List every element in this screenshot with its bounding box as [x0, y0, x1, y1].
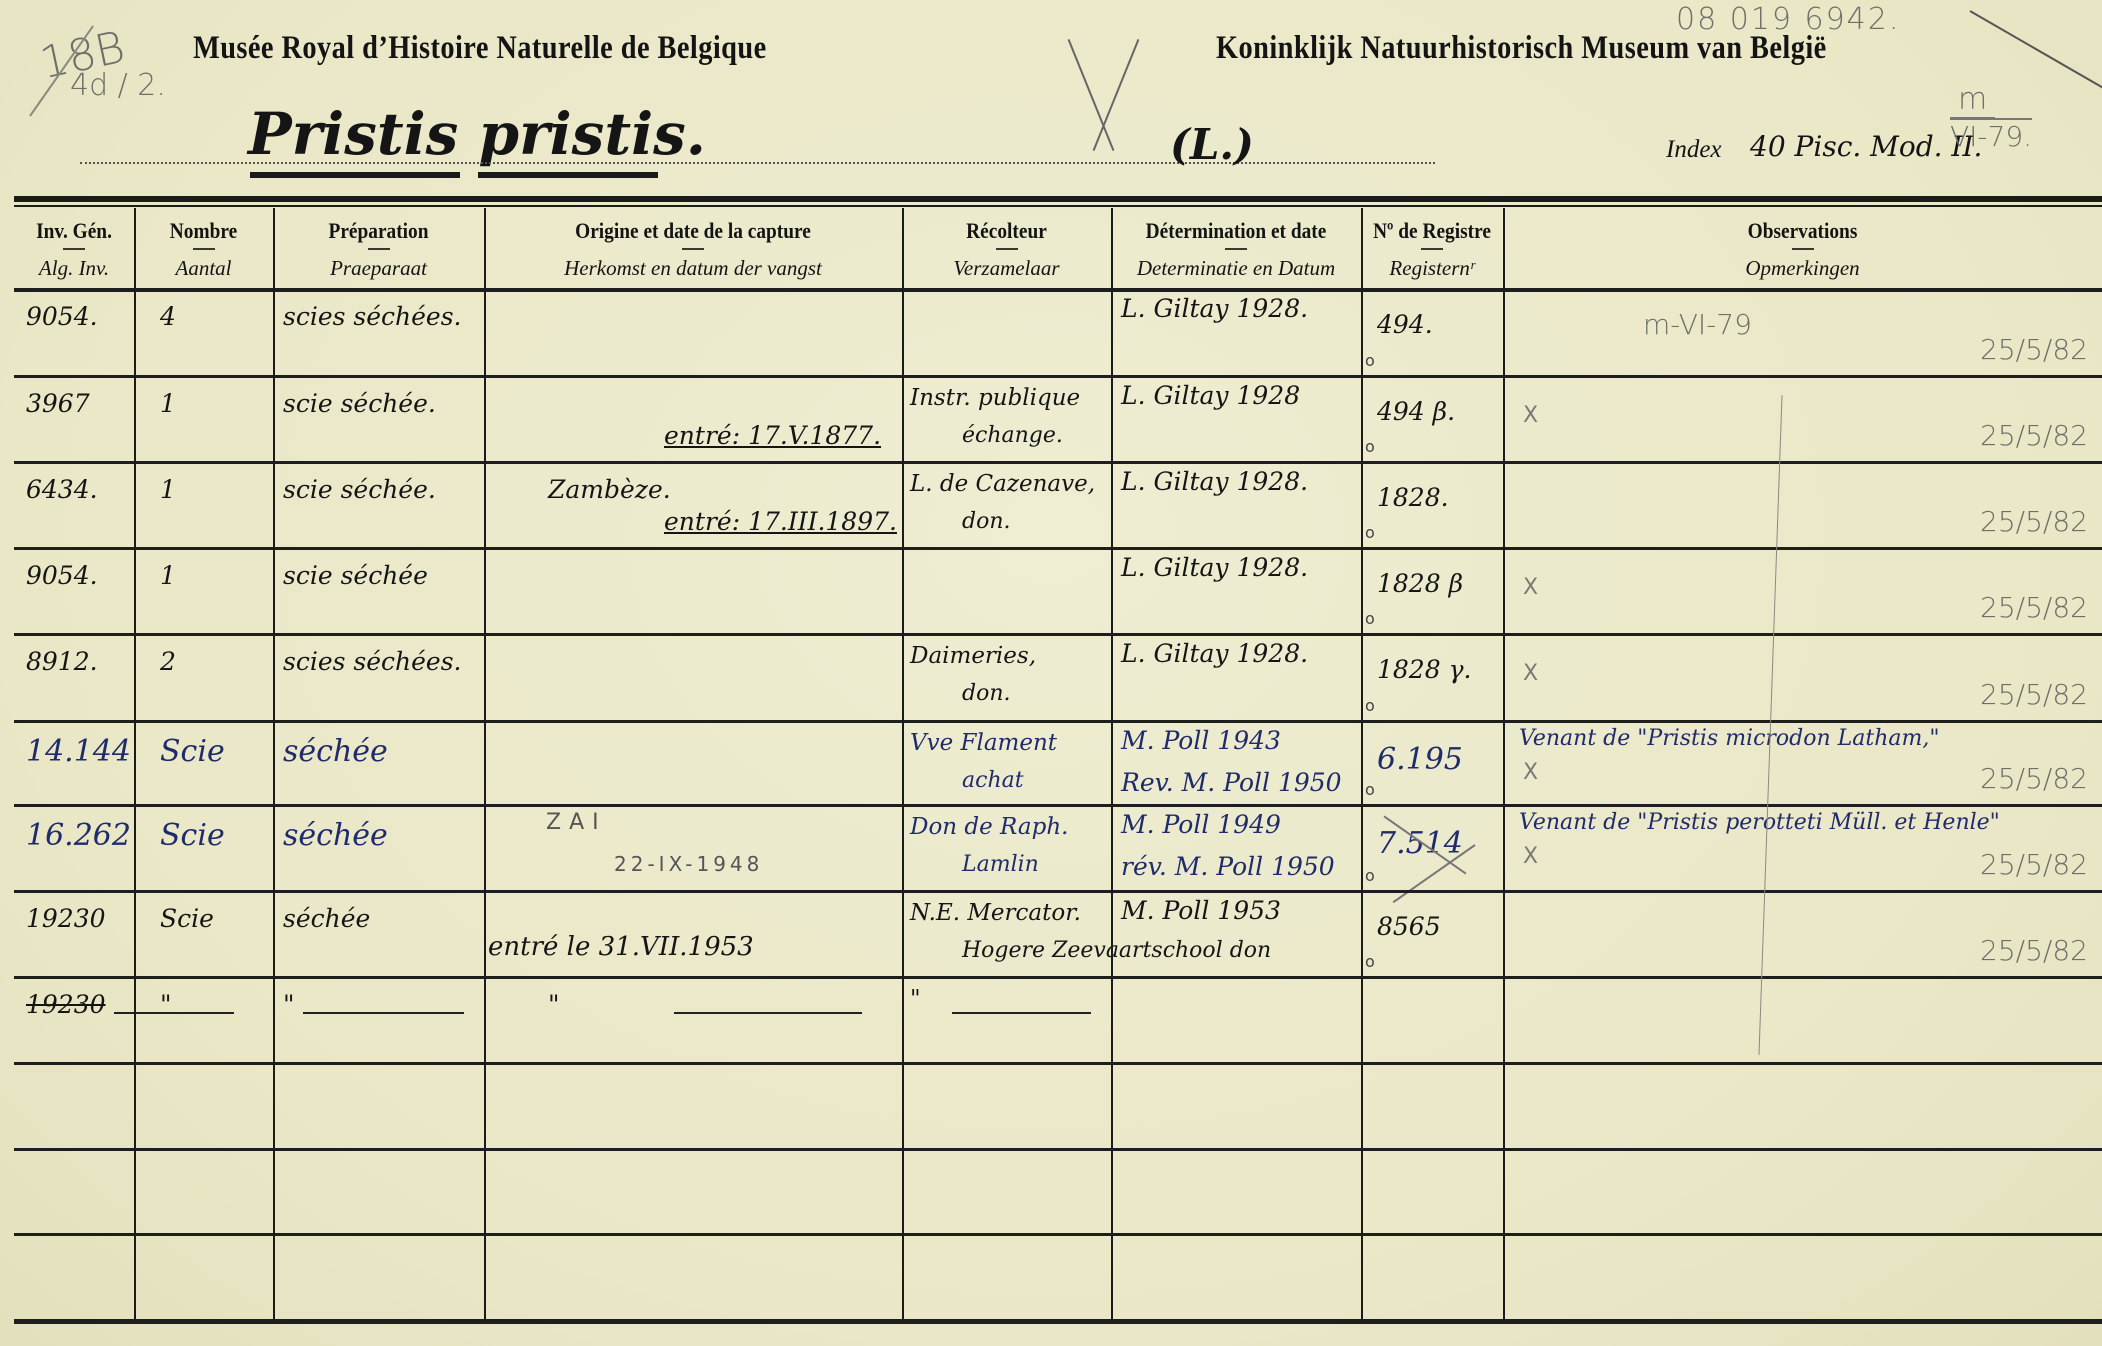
table-row: 9054.1scie séchéeL. Giltay 1928.1828 βoX…: [0, 547, 2102, 633]
observation-note: Venant de "Pristis perotteti Müll. et He…: [1519, 810, 2000, 835]
collector: Instr. publique: [910, 385, 1080, 411]
preparation: scie séchée: [283, 561, 428, 590]
origin-date: entré: 17.V.1877.: [664, 421, 881, 450]
catalog-number: 08 019 6942.: [1676, 2, 1900, 37]
header-divider-dash: [1792, 248, 1814, 250]
row-divider: [14, 1319, 2102, 1324]
preparation: scie séchée.: [283, 389, 436, 418]
pencil-x-mark: X: [1523, 661, 1538, 686]
observation-pencil-note: m-VI-79: [1643, 308, 1752, 341]
register-number: 8565: [1377, 912, 1441, 941]
preparation: séchée: [283, 734, 388, 769]
preparation: scies séchées.: [283, 302, 462, 331]
top-right-note-den: VI-79.: [1950, 118, 2032, 153]
row-divider: [14, 720, 2102, 723]
column-header-fr: Détermination et date: [1126, 220, 1346, 242]
row-divider: [14, 1233, 2102, 1236]
collector-note: échange.: [962, 423, 1063, 448]
determination: L. Giltay 1928.: [1121, 467, 1308, 496]
collector-note: achat: [962, 768, 1024, 793]
register-number: 1828.: [1377, 483, 1449, 512]
preparation: ": [283, 990, 295, 1019]
count: ": [160, 990, 172, 1019]
observation-date: 25/5/82: [1980, 678, 2088, 711]
species-underline-1: [250, 172, 460, 178]
column-header: Origine et date de la captureHerkomst en…: [484, 220, 902, 279]
column-divider: [134, 208, 136, 1319]
column-header-fr: Nombre: [142, 220, 264, 242]
register-circle-mark: o: [1365, 696, 1375, 715]
collector: ": [910, 986, 921, 1012]
collector-note: don.: [962, 509, 1011, 534]
register-circle-mark: o: [1365, 609, 1375, 628]
origin: ": [548, 990, 560, 1019]
column-header-nl: Opmerkingen: [1503, 258, 2102, 279]
inv-number: 3967: [26, 389, 90, 418]
column-header-fr: Nº de Registre: [1370, 220, 1495, 242]
column-header-nl: Verzamelaar: [902, 258, 1111, 279]
collector: L. de Cazenave,: [910, 471, 1095, 497]
corner-note-top-left-sub: 4d / 2.: [70, 68, 166, 103]
inv-number: 19230: [26, 990, 106, 1019]
header-divider-dash: [1225, 248, 1247, 250]
header-top-rule-thin: [14, 205, 2102, 207]
register-circle-mark: o: [1365, 780, 1375, 799]
pencil-cross-stroke-1: [1068, 39, 1115, 151]
row-divider: [14, 804, 2102, 807]
observation-date: 25/5/82: [1980, 848, 2088, 881]
header-divider-dash: [63, 248, 85, 250]
ditto-line: [952, 1012, 1091, 1014]
column-divider: [1503, 208, 1505, 1319]
column-header: Inv. Gén.Alg. Inv.: [14, 220, 134, 279]
inv-number: 16.262: [26, 818, 131, 853]
observation-date: 25/5/82: [1980, 591, 2088, 624]
observation-date: 25/5/82: [1980, 419, 2088, 452]
register-circle-mark: o: [1365, 437, 1375, 456]
collector-note: Lamlin: [962, 852, 1039, 877]
row-divider: [14, 633, 2102, 636]
preparation: scie séchée.: [283, 475, 436, 504]
collector: Vve Flament: [910, 730, 1057, 756]
table-row: 16.262ScieséchéeZAI22-IX-1948Don de Raph…: [0, 804, 2102, 890]
column-divider: [1361, 208, 1363, 1319]
register-number: 1828 β: [1377, 569, 1463, 598]
ditto-line: [114, 1012, 234, 1014]
header-divider-dash: [996, 248, 1018, 250]
row-divider: [14, 1062, 2102, 1065]
table-row: 19230Scieséchéeentré le 31.VII.1953N.E. …: [0, 890, 2102, 976]
table-row: 39671scie séchée.entré: 17.V.1877.Instr.…: [0, 375, 2102, 461]
collector: N.E. Mercator.: [910, 900, 1081, 926]
corner-stroke: [1970, 10, 2102, 92]
row-divider: [14, 461, 2102, 464]
column-divider: [484, 208, 486, 1319]
header-divider-dash: [368, 248, 390, 250]
table-row: [0, 1148, 2102, 1233]
preparation: séchée: [283, 904, 370, 933]
column-divider: [273, 208, 275, 1319]
column-header: NombreAantal: [134, 220, 273, 279]
determination: M. Poll 1953: [1121, 896, 1281, 925]
collector: Daimeries,: [910, 643, 1036, 669]
column-header-nl: Registernʳ: [1361, 258, 1503, 279]
count: 1: [160, 389, 176, 418]
register-circle-mark: o: [1365, 351, 1375, 370]
observation-note: Venant de "Pristis microdon Latham,": [1519, 726, 1940, 751]
header-top-rule: [14, 196, 2102, 202]
index-label: Index: [1666, 136, 1722, 164]
column-header-nl: Herkomst en datum der vangst: [484, 258, 902, 279]
inv-number: 9054.: [26, 561, 98, 590]
row-divider: [14, 890, 2102, 893]
ditto-line: [303, 1012, 464, 1014]
count: 1: [160, 561, 176, 590]
column-divider: [1111, 208, 1113, 1319]
institution-title-fr: Musée Royal d’Histoire Naturelle de Belg…: [193, 30, 767, 67]
table-row: 19230"""": [0, 976, 2102, 1062]
count: Scie: [160, 904, 214, 933]
table-row: 6434.1scie séchée.Zambèze.entré: 17.III.…: [0, 461, 2102, 547]
register-circle-mark: o: [1365, 952, 1375, 971]
table-row: 9054.4scies séchées.L. Giltay 1928.494.o…: [0, 288, 2102, 375]
register-circle-mark: o: [1365, 866, 1375, 885]
column-header: ObservationsOpmerkingen: [1503, 220, 2102, 279]
observation-date: 25/5/82: [1980, 762, 2088, 795]
column-header: Nº de RegistreRegisternʳ: [1361, 220, 1503, 279]
table-row: 8912.2scies séchées.Daimeries,don.L. Gil…: [0, 633, 2102, 720]
register-number: 494 β.: [1377, 397, 1455, 426]
determination-revision: Rev. M. Poll 1950: [1121, 768, 1342, 797]
table-row: 14.144ScieséchéeVve FlamentachatM. Poll …: [0, 720, 2102, 804]
observation-date: 25/5/82: [1980, 505, 2088, 538]
column-header-fr: Origine et date de la capture: [509, 220, 877, 242]
origin-date: 22-IX-1948: [614, 852, 763, 876]
preparation: scies séchées.: [283, 647, 462, 676]
determination: M. Poll 1943: [1121, 726, 1281, 755]
header-divider-dash: [1421, 248, 1443, 250]
determination: L. Giltay 1928.: [1121, 553, 1308, 582]
species-name: Pristis pristis.: [248, 100, 706, 168]
count: 2: [160, 647, 176, 676]
table-row: [0, 1233, 2102, 1319]
column-header-nl: Praeparaat: [273, 258, 484, 279]
origin: Zambèze.: [548, 475, 671, 504]
catalog-card: 18B 4d / 2. Musée Royal d’Histoire Natur…: [0, 0, 2102, 1346]
origin: entré le 31.VII.1953: [488, 932, 754, 962]
row-divider: [14, 976, 2102, 979]
pencil-x-mark: X: [1523, 760, 1538, 785]
origin: ZAI: [546, 810, 607, 835]
header-divider-dash: [193, 248, 215, 250]
preparation: séchée: [283, 818, 388, 853]
column-header-nl: Aantal: [134, 258, 273, 279]
species-author: (L.): [1170, 120, 1254, 169]
column-header-fr: Observations: [1539, 220, 2066, 242]
column-header-fr: Inv. Gén.: [21, 220, 127, 242]
pencil-x-mark: X: [1523, 575, 1538, 600]
column-header: RécolteurVerzamelaar: [902, 220, 1111, 279]
collector-note: Hogere Zeevaartschool don: [962, 938, 1271, 963]
header-divider-dash: [682, 248, 704, 250]
register-number: 7.514: [1377, 826, 1463, 861]
column-header-fr: Préparation: [286, 220, 472, 242]
determination: M. Poll 1949: [1121, 810, 1281, 839]
pencil-cross-stroke-2: [1093, 39, 1140, 151]
row-divider: [14, 547, 2102, 550]
count: 4: [160, 302, 176, 331]
column-header-nl: Alg. Inv.: [14, 258, 134, 279]
top-right-note-num: m: [1950, 82, 1995, 119]
pencil-x-mark: X: [1523, 844, 1538, 869]
determination: L. Giltay 1928: [1121, 381, 1300, 410]
determination: L. Giltay 1928.: [1121, 639, 1308, 668]
column-divider: [902, 208, 904, 1319]
determination: L. Giltay 1928.: [1121, 294, 1308, 323]
index-value: 40 Pisc. Mod. II.: [1750, 130, 1982, 163]
register-circle-mark: o: [1365, 523, 1375, 542]
pencil-x-mark: X: [1523, 403, 1538, 428]
inv-number: 19230: [26, 904, 106, 933]
ditto-line: [674, 1012, 862, 1014]
count: 1: [160, 475, 176, 504]
register-number: 1828 γ.: [1377, 655, 1471, 684]
inv-number: 14.144: [26, 734, 131, 769]
inv-number: 9054.: [26, 302, 98, 331]
species-underline-2: [478, 172, 658, 178]
column-header: PréparationPraeparaat: [273, 220, 484, 279]
table-row: [0, 1062, 2102, 1148]
determination-revision: rév. M. Poll 1950: [1121, 852, 1335, 881]
register-number: 6.195: [1377, 742, 1463, 777]
column-header: Détermination et dateDeterminatie en Dat…: [1111, 220, 1361, 279]
inv-number: 6434.: [26, 475, 98, 504]
count: Scie: [160, 734, 225, 769]
register-number: 494.: [1377, 310, 1433, 339]
observation-date: 25/5/82: [1980, 934, 2088, 967]
count: Scie: [160, 818, 225, 853]
header-bottom-rule: [14, 288, 2102, 292]
observation-date: 25/5/82: [1980, 333, 2088, 366]
row-divider: [14, 1148, 2102, 1151]
column-header-fr: Récolteur: [915, 220, 1099, 242]
row-divider: [14, 375, 2102, 378]
collector-note: don.: [962, 681, 1011, 706]
inv-number: 8912.: [26, 647, 98, 676]
collector: Don de Raph.: [910, 814, 1068, 840]
origin-date: entré: 17.III.1897.: [664, 507, 897, 536]
column-header-nl: Determinatie en Datum: [1111, 258, 1361, 279]
